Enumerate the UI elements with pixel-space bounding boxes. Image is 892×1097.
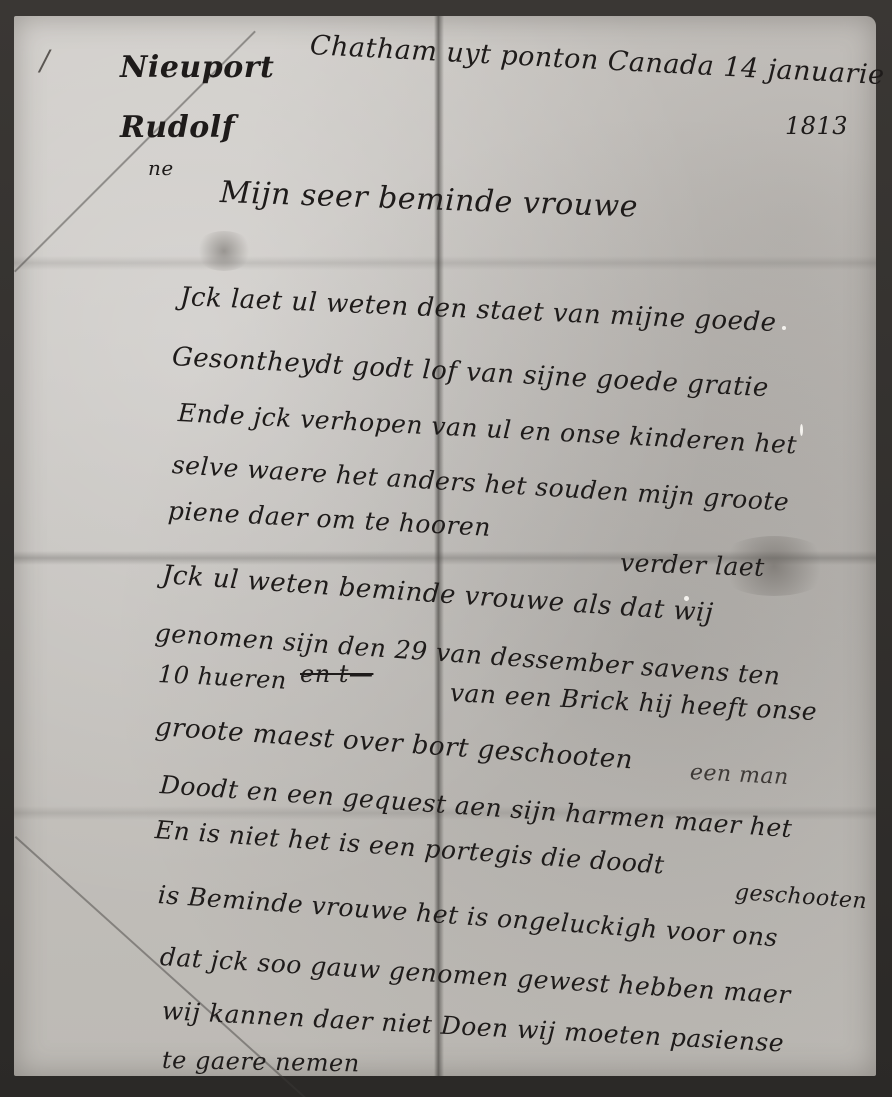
letter-year: 1813	[785, 112, 848, 140]
address-line-1: Nieuport	[120, 50, 274, 85]
paper-speck	[782, 326, 786, 330]
letter-body-line: te gaere nemen	[162, 1046, 360, 1077]
paper-speck	[800, 424, 803, 436]
struck-through-text: en t—	[300, 660, 373, 688]
corner-mark: /	[40, 44, 49, 77]
horizontal-fold-crease-upper	[14, 256, 876, 270]
address-line-3: ne	[148, 156, 174, 180]
interlinear-man: een man	[689, 760, 789, 790]
letter-body-line: verder laet	[619, 548, 765, 582]
address-line-2: Rudolf	[120, 110, 235, 145]
ink-stain	[194, 231, 254, 271]
